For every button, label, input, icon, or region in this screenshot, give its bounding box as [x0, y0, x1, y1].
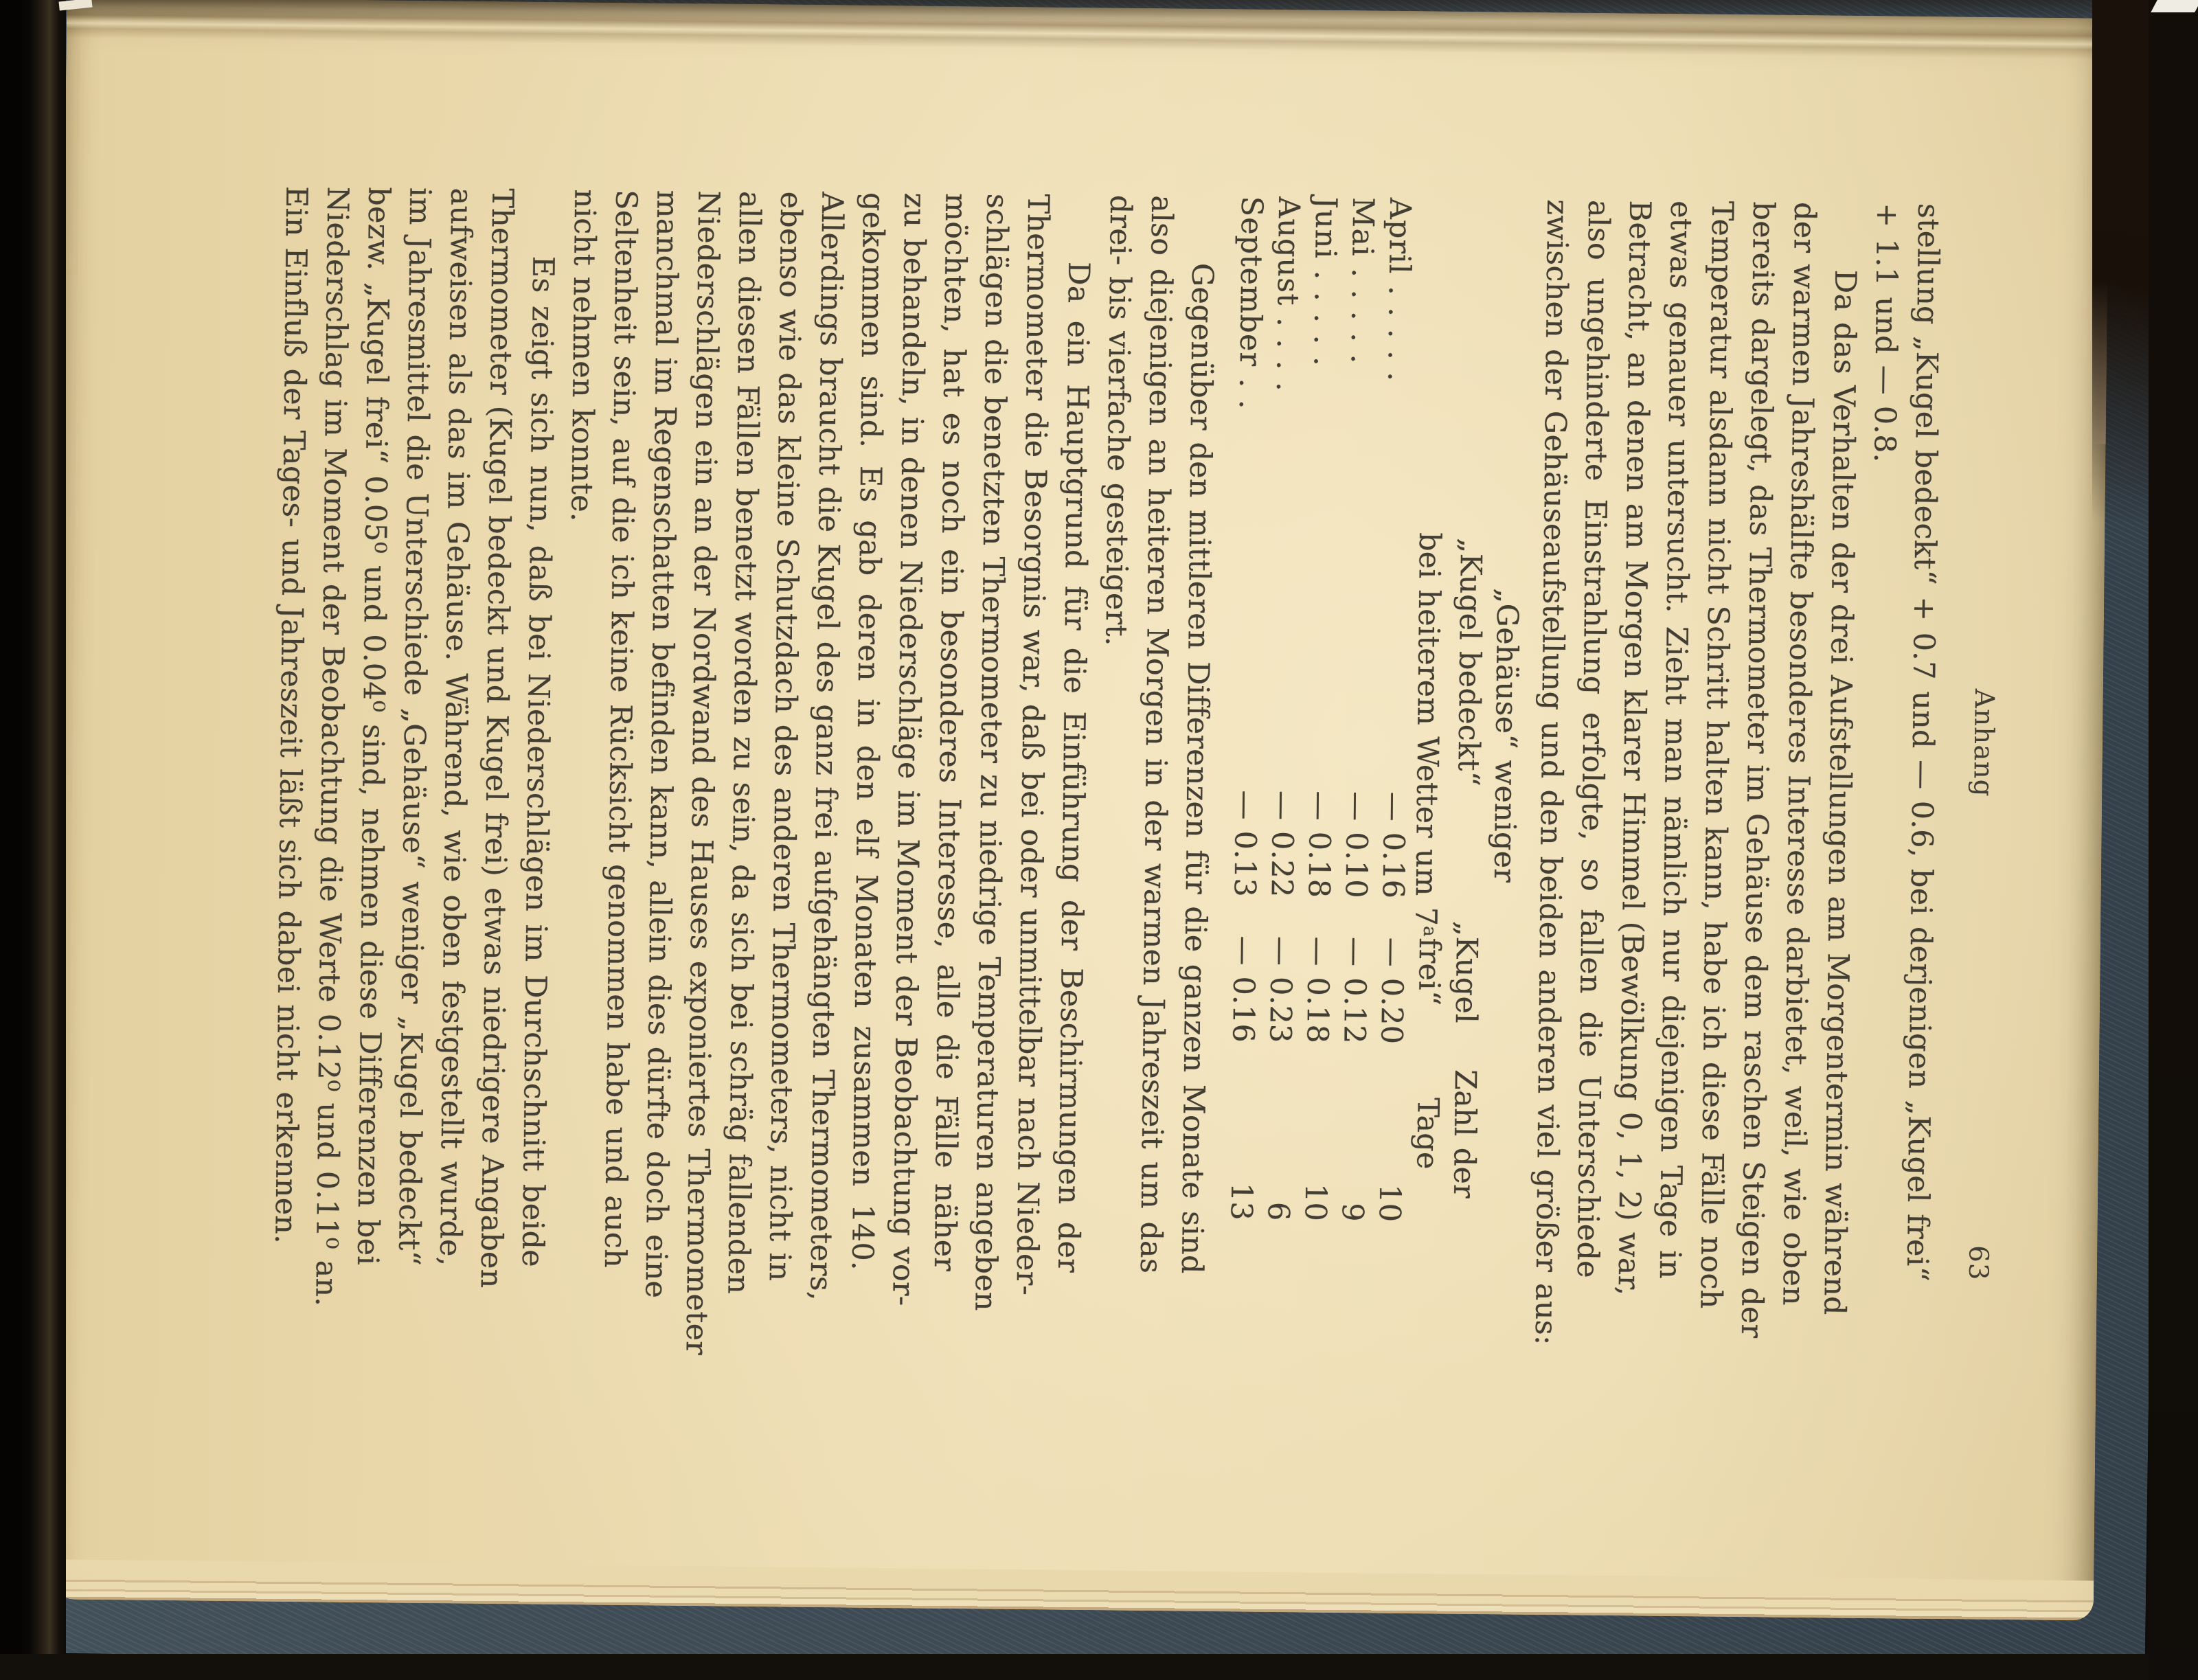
table-cell-kugel-bedeckt: — 0.13: [1226, 422, 1268, 897]
table-cell-kugel-bedeckt: — 0.10: [1337, 424, 1379, 898]
table-cell-kugel-frei: — 0.18: [1298, 898, 1337, 1043]
table-cell-month: Mai . . . . .: [1342, 197, 1381, 424]
col-subheader-tage: Tage: [1404, 1044, 1447, 1223]
paragraph-clear-mornings: Da das Verhalten der drei Aufstellungen …: [1526, 199, 1866, 1281]
table-cell-month: April . . . . .: [1379, 198, 1418, 424]
scan-corner-artifact: [2151, 0, 2198, 12]
table-title: „Gehäuse“ weniger: [1484, 425, 1527, 1045]
running-head: Anhang 63: [1960, 204, 2006, 1282]
scan-background-bottom: [0, 1654, 2198, 1680]
paragraph-table-followup: Gegenüber den mittleren Differenzen für …: [1089, 194, 1223, 1274]
table-cell-zahl-der-tage: 6: [1260, 1043, 1299, 1221]
table-cell-kugel-bedeckt: — 0.16: [1374, 424, 1416, 898]
table-cell-kugel-frei: — 0.20: [1372, 898, 1411, 1044]
page-text: stellung „Kugel bedeckt“ + 0.7 und — 0.6…: [264, 186, 1949, 1282]
table-cell-month: Juni . . . . .: [1305, 196, 1344, 423]
text-upper-section: stellung „Kugel bedeckt“ + 0.7 und — 0.6…: [1526, 199, 1949, 1282]
table-body: April . . . . .— 0.16— 0.2010Mai . . . .…: [1222, 196, 1418, 1276]
table-cell-kugel-bedeckt: — 0.18: [1300, 423, 1342, 898]
text-lower-section: Gegenüber den mittleren Differenzen für …: [264, 186, 1223, 1274]
superscript-a: a: [1419, 926, 1440, 937]
table-cell-kugel-frei: — 0.23: [1261, 897, 1300, 1043]
paragraph-precipitation: Da ein Hauptgrund für die Einführung der…: [553, 189, 1100, 1273]
table-cell-kugel-bedeckt: — 0.22: [1263, 423, 1305, 898]
paragraph-carryover: stellung „Kugel bedeckt“ + 0.7 und — 0.6…: [1855, 203, 1949, 1282]
book-page: Anhang 63 stellung „Kugel bedeckt“ + 0.7…: [50, 0, 2110, 1621]
table-cell-month: September . .: [1231, 196, 1270, 422]
page-number: 63: [1960, 1245, 1996, 1281]
running-head-title: Anhang: [1960, 204, 2006, 1282]
table-cell-kugel-frei: — 0.16: [1224, 897, 1262, 1043]
scan-background-right: [2149, 0, 2198, 1680]
table-cell-zahl-der-tage: 10: [1371, 1044, 1410, 1223]
paragraph-conclusion: Es zeigt sich nun, daß bei Niederschläge…: [264, 186, 564, 1267]
book-cover-left-edge: [0, 0, 66, 1680]
table-cell-month: August . . . .: [1268, 196, 1307, 423]
gutter-shadow: [59, 0, 2099, 21]
table-cell-zahl-der-tage: 13: [1223, 1043, 1262, 1221]
table-cell-zahl-der-tage: 9: [1334, 1043, 1373, 1222]
table-cell-zahl-der-tage: 10: [1297, 1043, 1336, 1222]
observation-table: „Gehäuse“ weniger „Kugel bedeckt“ „Kugel…: [1222, 196, 1530, 1277]
book-scan: Anhang 63 stellung „Kugel bedeckt“ + 0.7…: [0, 0, 2198, 1680]
table-cell-kugel-frei: — 0.12: [1335, 898, 1374, 1043]
